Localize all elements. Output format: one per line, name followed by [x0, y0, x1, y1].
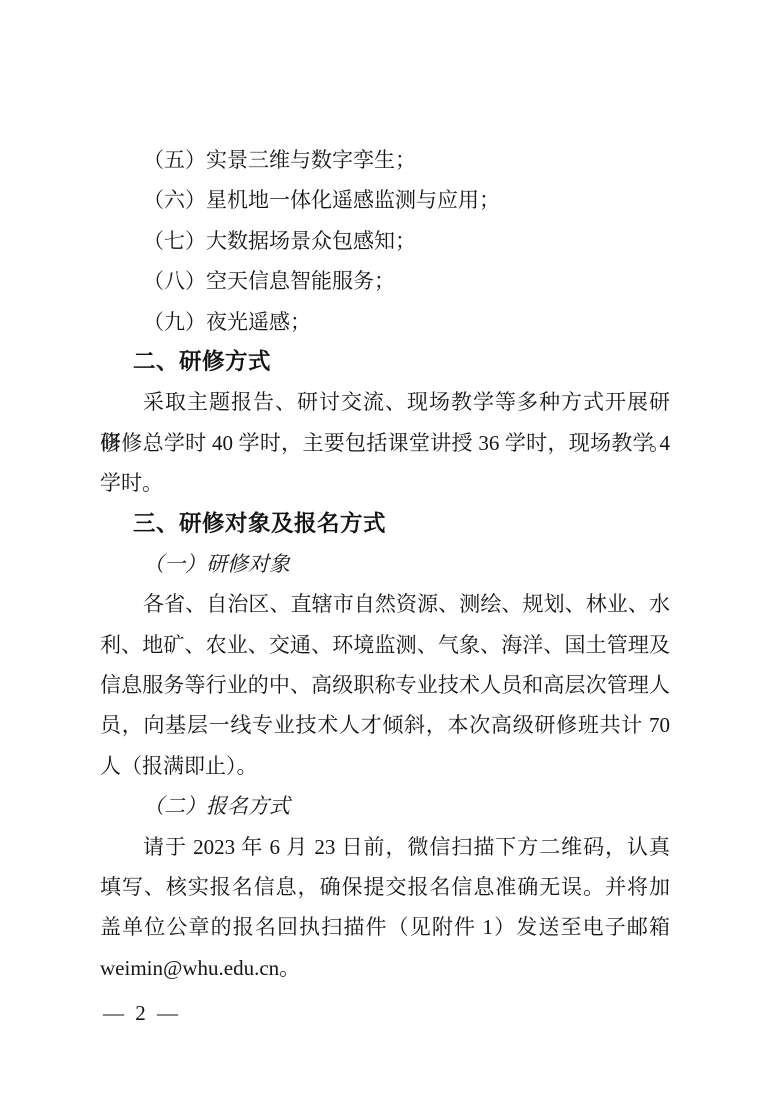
- paragraph-training-method-line: 研修总学时 40 学时，主要包括课堂讲授 36 学时，现场教学 4: [100, 423, 670, 463]
- paragraph-registration-line: 填写、核实报名信息，确保提交报名信息准确无误。并将加: [100, 867, 670, 907]
- email-address: weimin@whu.edu.cn。: [100, 948, 670, 988]
- list-item-9: （九）夜光遥感；: [100, 302, 670, 342]
- paragraph-audience-line: 利、地矿、农业、交通、环境监测、气象、海洋、国土管理及: [100, 625, 670, 665]
- paragraph-audience-line: 员，向基层一线专业技术人才倾斜，本次高级研修班共计 70: [100, 705, 670, 745]
- paragraph-training-method-line: 学时。: [100, 463, 670, 503]
- paragraph-audience-line: 人（报满即止）。: [100, 746, 670, 786]
- list-item-7: （七）大数据场景众包感知；: [100, 221, 670, 261]
- subheading-training-audience: （一）研修对象: [100, 544, 670, 584]
- list-item-6: （六）星机地一体化遥感监测与应用；: [100, 180, 670, 220]
- document-page: （五）实景三维与数字孪生； （六）星机地一体化遥感监测与应用； （七）大数据场景…: [0, 0, 779, 1099]
- paragraph-audience-line: 各省、自治区、直辖市自然资源、测绘、规划、林业、水: [100, 584, 670, 624]
- paragraph-training-method-line: 采取主题报告、研讨交流、现场教学等多种方式开展研修。: [100, 382, 670, 422]
- paragraph-audience-line: 信息服务等行业的中、高级职称专业技术人员和高层次管理人: [100, 665, 670, 705]
- page-number: — 2 —: [103, 1000, 179, 1026]
- section-heading-audience-registration: 三、研修对象及报名方式: [100, 504, 670, 544]
- section-heading-training-method: 二、研修方式: [100, 342, 670, 382]
- paragraph-registration-line: 盖单位公章的报名回执扫描件（见附件 1）发送至电子邮箱: [100, 907, 670, 947]
- list-item-5: （五）实景三维与数字孪生；: [100, 140, 670, 180]
- list-item-8: （八）空天信息智能服务；: [100, 261, 670, 301]
- document-body: （五）实景三维与数字孪生； （六）星机地一体化遥感监测与应用； （七）大数据场景…: [100, 140, 670, 988]
- subheading-registration-method: （二）报名方式: [100, 786, 670, 826]
- paragraph-registration-line: 请于 2023 年 6 月 23 日前，微信扫描下方二维码，认真: [100, 827, 670, 867]
